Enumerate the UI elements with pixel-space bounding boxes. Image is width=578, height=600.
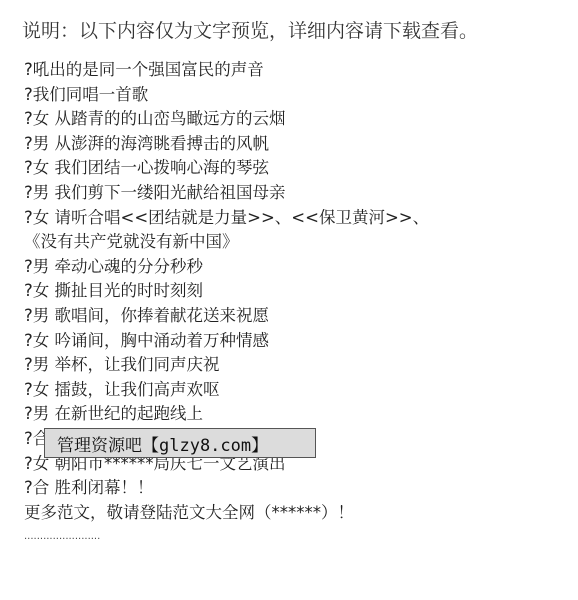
document-body: ?吼出的是同一个强国富民的声音 ?我们同唱一首歌 ?女 从踏青的的山峦鸟瞰远方的… — [24, 58, 429, 550]
text-line: ?男 在新世纪的起跑线上 — [24, 402, 429, 427]
ellipsis-dots: ........................ — [24, 525, 429, 550]
text-line: 更多范文，敬请登陆范文大全网（******）！ — [24, 501, 429, 526]
text-line: ?女 撕扯目光的时时刻刻 — [24, 279, 429, 304]
text-line: ?我们同唱一首歌 — [24, 83, 429, 108]
text-line: ?合 胜利闭幕！！ — [24, 476, 429, 501]
watermark-banner: 管理资源吧【glzy8.com】 — [44, 428, 316, 458]
text-line: ?女 擂鼓，让我们高声欢呕 — [24, 378, 429, 403]
text-line: ?女 从踏青的的山峦鸟瞰远方的云烟 — [24, 107, 429, 132]
text-line: ?女 请听合唱<<团结就是力量>>、<<保卫黄河>>、 — [24, 206, 429, 231]
text-line: ?男 牵动心魂的分分秒秒 — [24, 255, 429, 280]
text-line: ?男 从澎湃的海湾眺看搏击的风帆 — [24, 132, 429, 157]
text-line: ?女 我们团结一心拨响心海的琴弦 — [24, 156, 429, 181]
text-line: ?男 歌唱间，你捧着献花送来祝愿 — [24, 304, 429, 329]
text-line: ?女 吟诵间，胸中涌动着万种情感 — [24, 329, 429, 354]
preview-notice: 说明：以下内容仅为文字预览，详细内容请下载查看。 — [22, 16, 478, 43]
text-line: 《没有共产党就没有新中国》 — [24, 230, 429, 255]
text-line: ?吼出的是同一个强国富民的声音 — [24, 58, 429, 83]
text-line: ?男 举杯，让我们同声庆祝 — [24, 353, 429, 378]
text-line: ?男 我们剪下一缕阳光献给祖国母亲 — [24, 181, 429, 206]
